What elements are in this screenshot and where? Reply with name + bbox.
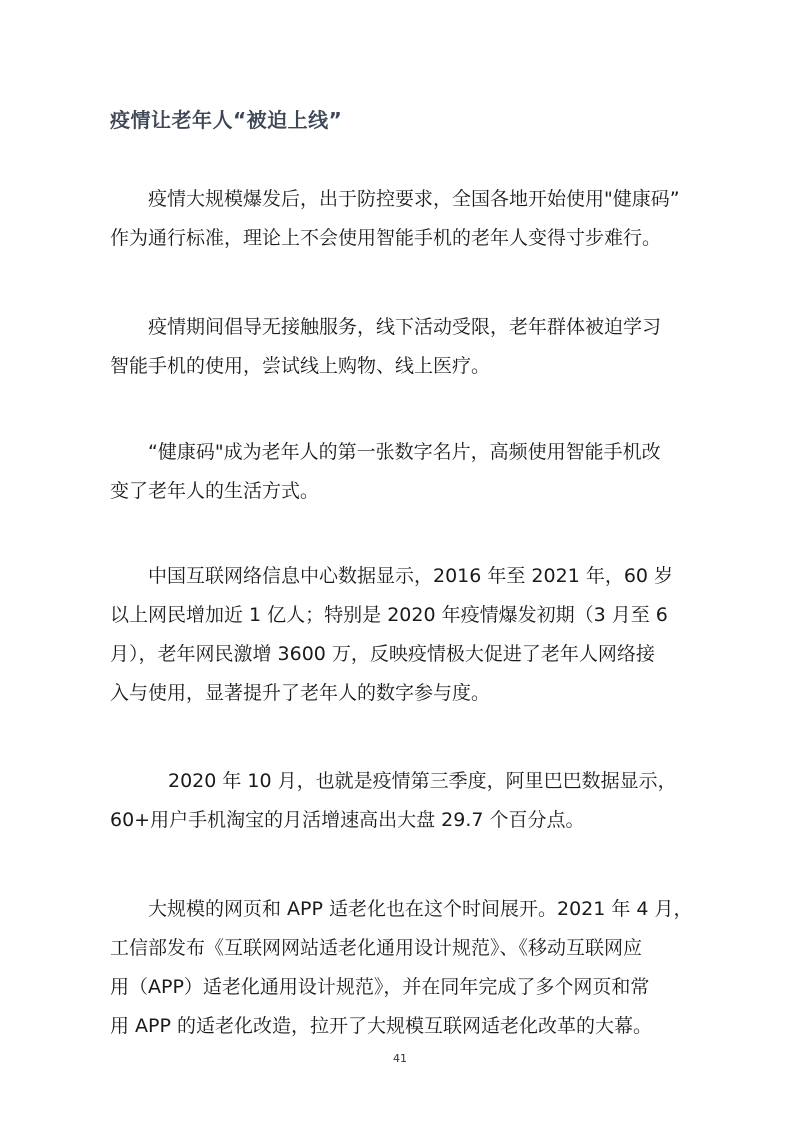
paragraph-line: 2020 年 10 月，也就是疫情第三季度，阿里巴巴数据显示， xyxy=(110,762,690,801)
paragraph-line: 以上网民增加近 1 亿人；特别是 2020 年疫情爆发初期（3 月至 6 xyxy=(110,596,690,635)
paragraph-contactless-services: 疫情期间倡导无接触服务，线下活动受限，老年群体被迫学习 智能手机的使用，尝试线上… xyxy=(110,308,690,386)
paragraph-line: 大规模的网页和 APP 适老化也在这个时间展开。2021 年 4 月， xyxy=(110,890,690,929)
paragraph-cnnic-data: 中国互联网络信息中心数据显示，2016 年至 2021 年，60 岁 以上网民增… xyxy=(110,557,690,713)
paragraph-line: 入与使用，显著提升了老年人的数字参与度。 xyxy=(110,674,690,713)
paragraph-line: 60+用户手机淘宝的月活增速高出大盘 29.7 个百分点。 xyxy=(110,801,690,840)
section-heading: 疫情让老年人“被迫上线” xyxy=(110,104,342,133)
paragraph-line: 疫情大规模爆发后，出于防控要求，全国各地开始使用"健康码” xyxy=(110,180,690,219)
paragraph-line: 工信部发布《互联网网站适老化通用设计规范》、《移动互联网应 xyxy=(110,929,690,968)
paragraph-line: “健康码"成为老年人的第一张数字名片，高频使用智能手机改 xyxy=(110,433,690,472)
paragraph-digital-card: “健康码"成为老年人的第一张数字名片，高频使用智能手机改 变了老年人的生活方式。 xyxy=(110,433,690,511)
paragraph-health-code-requirement: 疫情大规模爆发后，出于防控要求，全国各地开始使用"健康码” 作为通行标准，理论上… xyxy=(110,180,690,258)
paragraph-line: 作为通行标准，理论上不会使用智能手机的老年人变得寸步难行。 xyxy=(110,219,690,258)
paragraph-line: 智能手机的使用，尝试线上购物、线上医疗。 xyxy=(110,347,690,386)
page-number: 41 xyxy=(0,1052,800,1065)
paragraph-line: 用（APP）适老化通用设计规范》，并在同年完成了多个网页和常 xyxy=(110,968,690,1007)
paragraph-line: 月），老年网民激增 3600 万，反映疫情极大促进了老年人网络接 xyxy=(110,635,690,674)
paragraph-app-aging-adaptation: 大规模的网页和 APP 适老化也在这个时间展开。2021 年 4 月， 工信部发… xyxy=(110,890,690,1046)
document-page: 疫情让老年人“被迫上线” 疫情大规模爆发后，出于防控要求，全国各地开始使用"健康… xyxy=(0,0,800,1131)
paragraph-line: 中国互联网络信息中心数据显示，2016 年至 2021 年，60 岁 xyxy=(110,557,690,596)
paragraph-alibaba-data: 2020 年 10 月，也就是疫情第三季度，阿里巴巴数据显示， 60+用户手机淘… xyxy=(110,762,690,840)
paragraph-line: 用 APP 的适老化改造，拉开了大规模互联网适老化改革的大幕。 xyxy=(110,1007,690,1046)
paragraph-line: 变了老年人的生活方式。 xyxy=(110,472,690,511)
paragraph-line: 疫情期间倡导无接触服务，线下活动受限，老年群体被迫学习 xyxy=(110,308,690,347)
